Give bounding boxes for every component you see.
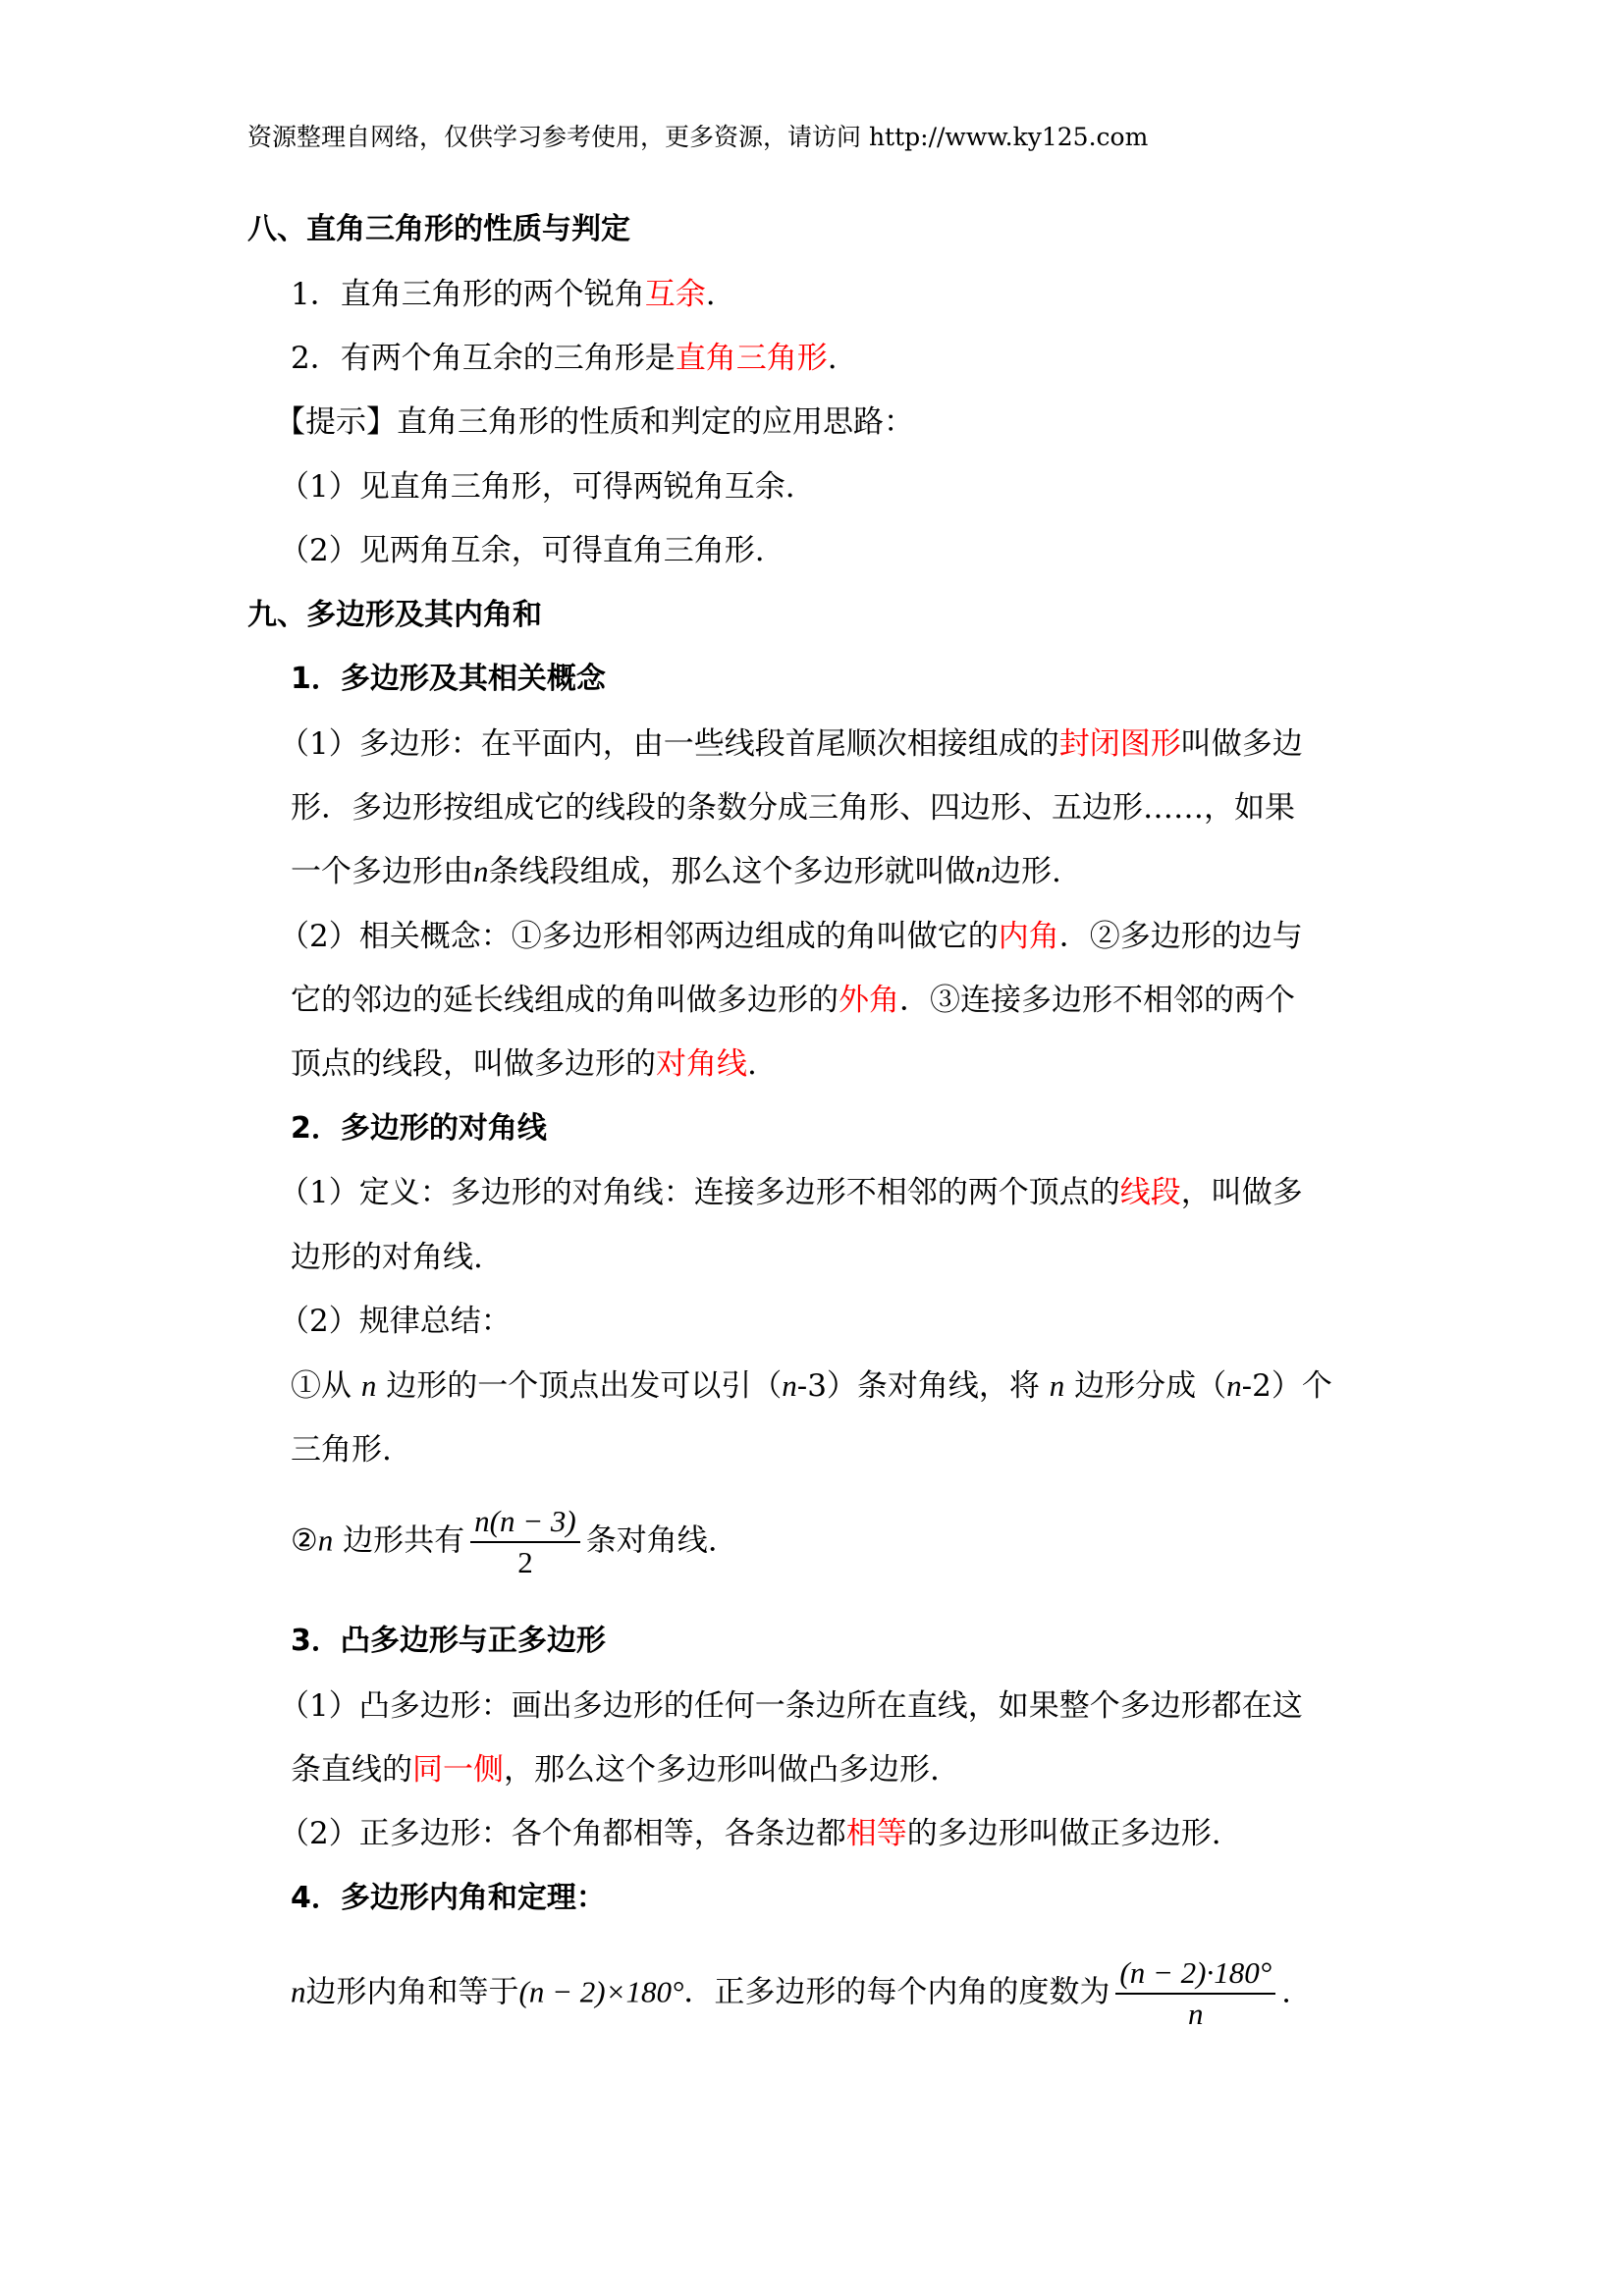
- paragraph: 形．多边形按组成它的线段的条数分成三角形、四边形、五边形……，如果: [291, 788, 1295, 828]
- math-var: n: [976, 854, 992, 888]
- subsection-2-title: 2．多边形的对角线: [291, 1109, 547, 1148]
- text: 它的邻边的延长线组成的角叫做多边形的: [291, 983, 839, 1018]
- paragraph: 一个多边形由n条线段组成，那么这个多边形就叫做n边形.: [291, 852, 1061, 891]
- text: 的多边形叫做正多边形.: [907, 1816, 1221, 1851]
- text: （2）相关概念：①多边形相邻两边组成的角叫做它的: [279, 919, 999, 954]
- denominator: n: [1115, 1995, 1275, 2034]
- text: 条线段组成，那么这个多边形就叫做: [489, 854, 976, 889]
- subsection-4-title: 4．多边形内角和定理：: [291, 1879, 606, 1918]
- text: ，叫做多: [1181, 1175, 1303, 1210]
- text: 顶点的线段，叫做多边形的: [291, 1046, 656, 1082]
- text: ．正多边形的每个内角的度数为: [683, 1975, 1110, 2010]
- tip-2: （2）见两角互余，可得直角三角形.: [279, 531, 765, 570]
- paragraph: （2）正多边形：各个角都相等，各条边都相等的多边形叫做正多边形.: [279, 1814, 1221, 1853]
- text: 一个多边形由: [291, 854, 473, 889]
- text: （1）定义：多边形的对角线：连接多边形不相邻的两个顶点的: [279, 1175, 1120, 1210]
- highlight: 外角: [839, 983, 899, 1018]
- section-9-title: 九、多边形及其内角和: [247, 596, 542, 635]
- formula: (n − 2)×180°: [519, 1975, 684, 2009]
- text: ．③连接多边形不相邻的两个: [899, 983, 1295, 1018]
- text: .: [706, 277, 716, 312]
- math-var: n: [318, 1523, 334, 1558]
- paragraph: 条直线的同一侧，那么这个多边形叫做凸多边形.: [291, 1750, 940, 1789]
- math-var: n: [782, 1368, 797, 1403]
- fraction: n(n − 3)2: [470, 1502, 580, 1582]
- text: （1）多边形：在平面内，由一些线段首尾顺次相接组成的: [279, 726, 1059, 762]
- text: 条对角线.: [586, 1523, 718, 1559]
- text: .: [1281, 1975, 1291, 2010]
- math-var: n: [291, 1975, 306, 2009]
- highlight: 对角线: [656, 1046, 747, 1082]
- paragraph: （1）多边形：在平面内，由一些线段首尾顺次相接组成的封闭图形叫做多边: [279, 724, 1303, 764]
- numerator: n(n − 3): [470, 1502, 580, 1543]
- paragraph: 边形的对角线.: [291, 1238, 483, 1277]
- text: -3）条对角线，将: [797, 1368, 1040, 1404]
- highlight: 线段: [1120, 1175, 1181, 1210]
- math-var: n: [1226, 1368, 1242, 1403]
- paragraph: 它的邻边的延长线组成的角叫做多边形的外角．③连接多边形不相邻的两个: [291, 981, 1295, 1020]
- highlight: 封闭图形: [1059, 726, 1181, 762]
- subsection-3-title: 3．凸多边形与正多边形: [291, 1622, 606, 1661]
- text: 条直线的: [291, 1752, 412, 1788]
- numerator: (n − 2)·180°: [1115, 1953, 1275, 1995]
- paragraph: （1）凸多边形：画出多边形的任何一条边所在直线，如果整个多边形都在这: [279, 1686, 1303, 1726]
- text: 边形共有: [343, 1523, 464, 1559]
- highlight: 同一侧: [412, 1752, 504, 1788]
- text: ①从: [291, 1368, 352, 1404]
- item-2: 2．有两个角互余的三角形是直角三角形.: [291, 339, 838, 378]
- highlight: 互余: [645, 277, 706, 312]
- math-var: n: [1050, 1368, 1065, 1403]
- text: 边形分成（: [1074, 1368, 1226, 1404]
- text: .: [747, 1046, 757, 1082]
- paragraph: 顶点的线段，叫做多边形的对角线.: [291, 1044, 757, 1084]
- item-1: 1．直角三角形的两个锐角互余.: [291, 275, 716, 314]
- math-var: n: [361, 1368, 377, 1403]
- text: 边形的一个顶点出发可以引（: [386, 1368, 782, 1404]
- text: 边形.: [991, 854, 1061, 889]
- section-8-title: 八、直角三角形的性质与判定: [247, 210, 630, 249]
- paragraph: （1）定义：多边形的对角线：连接多边形不相邻的两个顶点的线段，叫做多: [279, 1173, 1303, 1212]
- highlight: 相等: [846, 1816, 907, 1851]
- highlight: 直角三角形: [676, 341, 828, 376]
- text: 边形内角和等于: [306, 1975, 519, 2010]
- formula-line: n边形内角和等于(n − 2)×180°．正多边形的每个内角的度数为(n − 2…: [291, 1953, 1291, 2034]
- paragraph: （2）规律总结：: [279, 1302, 512, 1341]
- tip-1: （1）见直角三角形，可得两锐角互余.: [279, 467, 795, 507]
- text: 2．有两个角互余的三角形是: [291, 341, 676, 376]
- denominator: 2: [470, 1543, 580, 1582]
- text: ，那么这个多边形叫做凸多边形.: [504, 1752, 940, 1788]
- highlight: 内角: [999, 919, 1059, 954]
- text: 叫做多边: [1181, 726, 1303, 762]
- subsection-1-title: 1．多边形及其相关概念: [291, 660, 606, 699]
- fraction: (n − 2)·180°n: [1115, 1953, 1275, 2034]
- text: ．②多边形的边与: [1059, 919, 1303, 954]
- text: ②: [291, 1523, 318, 1559]
- formula-line: ②n 边形共有n(n − 3)2条对角线.: [291, 1502, 718, 1582]
- tip: 【提示】直角三角形的性质和判定的应用思路：: [275, 402, 914, 442]
- paragraph: ①从 n 边形的一个顶点出发可以引（n-3）条对角线，将 n 边形分成（n-2）…: [291, 1366, 1332, 1406]
- text: -2）个: [1242, 1368, 1332, 1404]
- text: .: [828, 341, 838, 376]
- math-var: n: [473, 854, 489, 888]
- text: 1．直角三角形的两个锐角: [291, 277, 645, 312]
- paragraph: 三角形.: [291, 1430, 392, 1469]
- paragraph: （2）相关概念：①多边形相邻两边组成的角叫做它的内角．②多边形的边与: [279, 917, 1303, 956]
- page-header: 资源整理自网络，仅供学习参考使用，更多资源，请访问 http://www.ky1…: [247, 118, 1148, 157]
- text: （2）正多边形：各个角都相等，各条边都: [279, 1816, 846, 1851]
